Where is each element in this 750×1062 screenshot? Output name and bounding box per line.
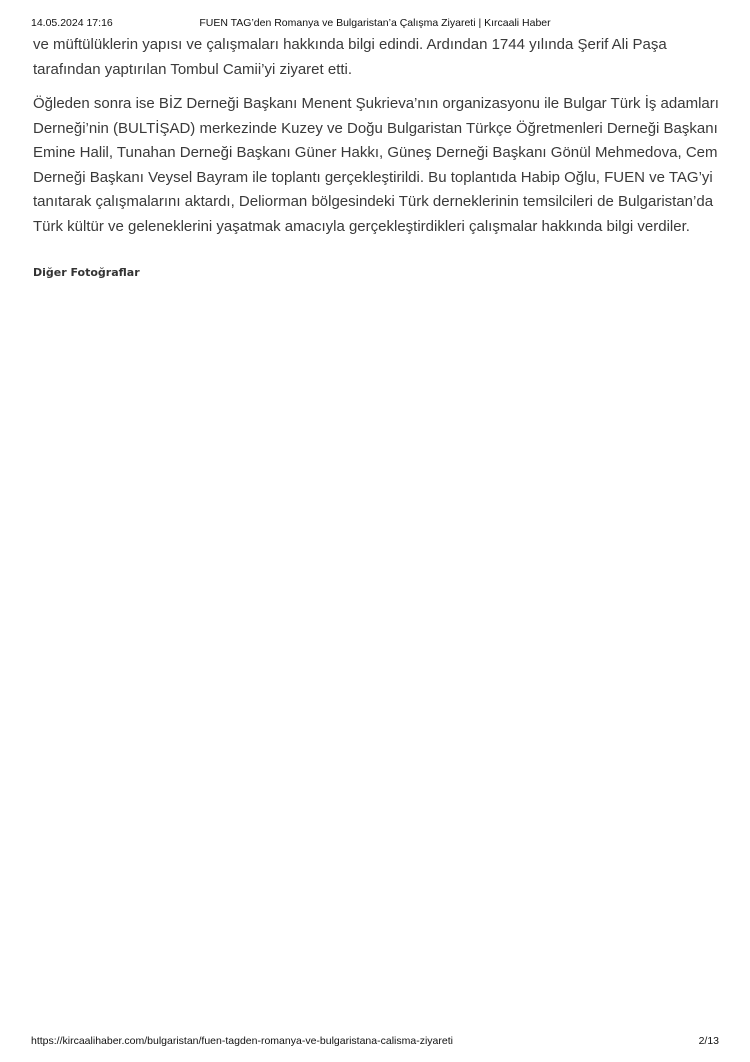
article-body: ve müftülüklerin yapısı ve çalışmaları h…	[33, 33, 723, 249]
page-number: 2/13	[699, 1035, 719, 1047]
article-paragraph: Öğleden sonra ise BİZ Derneği Başkanı Me…	[33, 92, 723, 239]
article-paragraph: ve müftülüklerin yapısı ve çalışmaları h…	[33, 33, 723, 82]
print-header: 14.05.2024 17:16 FUEN TAG’den Romanya ve…	[31, 17, 719, 31]
print-page-title: FUEN TAG’den Romanya ve Bulgaristan’a Ça…	[31, 17, 719, 29]
other-photos-heading: Diğer Fotoğraflar	[33, 266, 140, 279]
page-url: https://kircaalihaber.com/bulgaristan/fu…	[31, 1035, 453, 1047]
